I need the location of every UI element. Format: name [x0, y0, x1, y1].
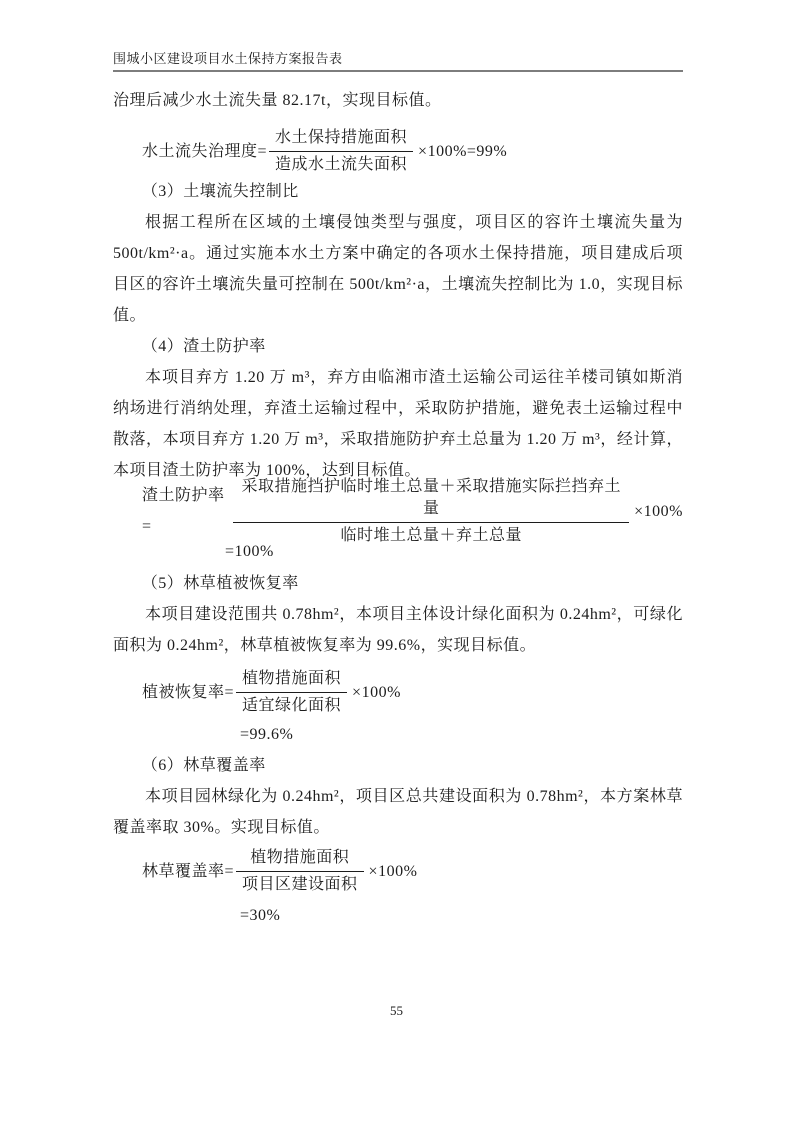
paragraph-spoil-protection-rate: 本项目弃方 1.20 万 m³，弃方由临湘市渣土运输公司运往羊楼司镇如斯消纳场进…: [113, 362, 683, 486]
document-page: 围城小区建设项目水土保持方案报告表 治理后减少水土流失量 82.17t，实现目标…: [0, 0, 793, 1122]
formula-spoil-protection-rate: 渣土防护率= 采取措施挡护临时堆土总量＋采取措施实际拦挡弃土量 临时堆土总量＋弃…: [142, 486, 683, 536]
heading-spoil-protection-rate: （4）渣土防护率: [113, 331, 683, 362]
formula2-suffix: ×100%: [634, 496, 683, 527]
formula4-numerator: 植物措施面积: [236, 846, 364, 872]
formula3-fraction: 植物措施面积 适宜绿化面积: [236, 667, 347, 718]
formula4-denominator: 项目区建设面积: [236, 872, 364, 897]
formula-soil-erosion-control-degree: 水土流失治理度= 水土保持措施面积 造成水土流失面积 ×100%=99%: [142, 126, 683, 176]
page-number: 55: [0, 1003, 793, 1019]
formula2-denominator: 临时堆土总量＋弃土总量: [233, 523, 629, 548]
formula2-label: 渣土防护率=: [142, 480, 231, 542]
formula3-result: =99.6%: [240, 719, 683, 750]
formula4-result: =30%: [240, 900, 683, 931]
heading-vegetation-coverage-rate: （6）林草覆盖率: [113, 750, 683, 781]
formula4-fraction: 植物措施面积 项目区建设面积: [236, 846, 364, 897]
heading-soil-loss-control-ratio: （3）土壤流失控制比: [113, 176, 683, 207]
heading-vegetation-restoration-rate: （5）林草植被恢复率: [113, 568, 683, 599]
formula1-fraction: 水土保持措施面积 造成水土流失面积: [269, 126, 413, 177]
formula4-suffix: ×100%: [369, 856, 418, 887]
formula3-numerator: 植物措施面积: [236, 667, 347, 693]
formula-vegetation-coverage-rate: 林草覆盖率= 植物措施面积 项目区建设面积 ×100%: [142, 846, 683, 896]
paragraph-soil-loss-control-ratio: 根据工程所在区域的土壤侵蚀类型与强度，项目区的容许土壤流失量为 500t/km²…: [113, 207, 683, 331]
paragraph-vegetation-coverage-rate: 本项目园林绿化为 0.24hm²，项目区总共建设面积为 0.78hm²，本方案林…: [113, 781, 683, 843]
header-rule: [113, 70, 683, 72]
formula2-numerator: 采取措施挡护临时堆土总量＋采取措施实际拦挡弃土量: [233, 475, 629, 523]
formula-vegetation-restoration-rate: 植被恢复率= 植物措施面积 适宜绿化面积 ×100%: [142, 667, 683, 717]
paragraph-intro: 治理后减少水土流失量 82.17t，实现目标值。: [113, 85, 683, 116]
formula3-suffix: ×100%: [352, 677, 401, 708]
formula3-denominator: 适宜绿化面积: [236, 693, 347, 718]
formula1-suffix: ×100%=99%: [418, 136, 507, 167]
paragraph-vegetation-restoration-rate: 本项目建设范围共 0.78hm²，本项目主体设计绿化面积为 0.24hm²，可绿…: [113, 599, 683, 661]
formula4-label: 林草覆盖率=: [142, 856, 234, 887]
formula2-fraction: 采取措施挡护临时堆土总量＋采取措施实际拦挡弃土量 临时堆土总量＋弃土总量: [233, 475, 629, 548]
running-header: 围城小区建设项目水土保持方案报告表: [113, 48, 343, 67]
formula1-denominator: 造成水土流失面积: [269, 152, 413, 177]
formula1-label: 水土流失治理度=: [142, 136, 267, 167]
document-content: 治理后减少水土流失量 82.17t，实现目标值。 水土流失治理度= 水土保持措施…: [113, 85, 683, 931]
formula1-numerator: 水土保持措施面积: [269, 126, 413, 152]
formula3-label: 植被恢复率=: [142, 677, 234, 708]
